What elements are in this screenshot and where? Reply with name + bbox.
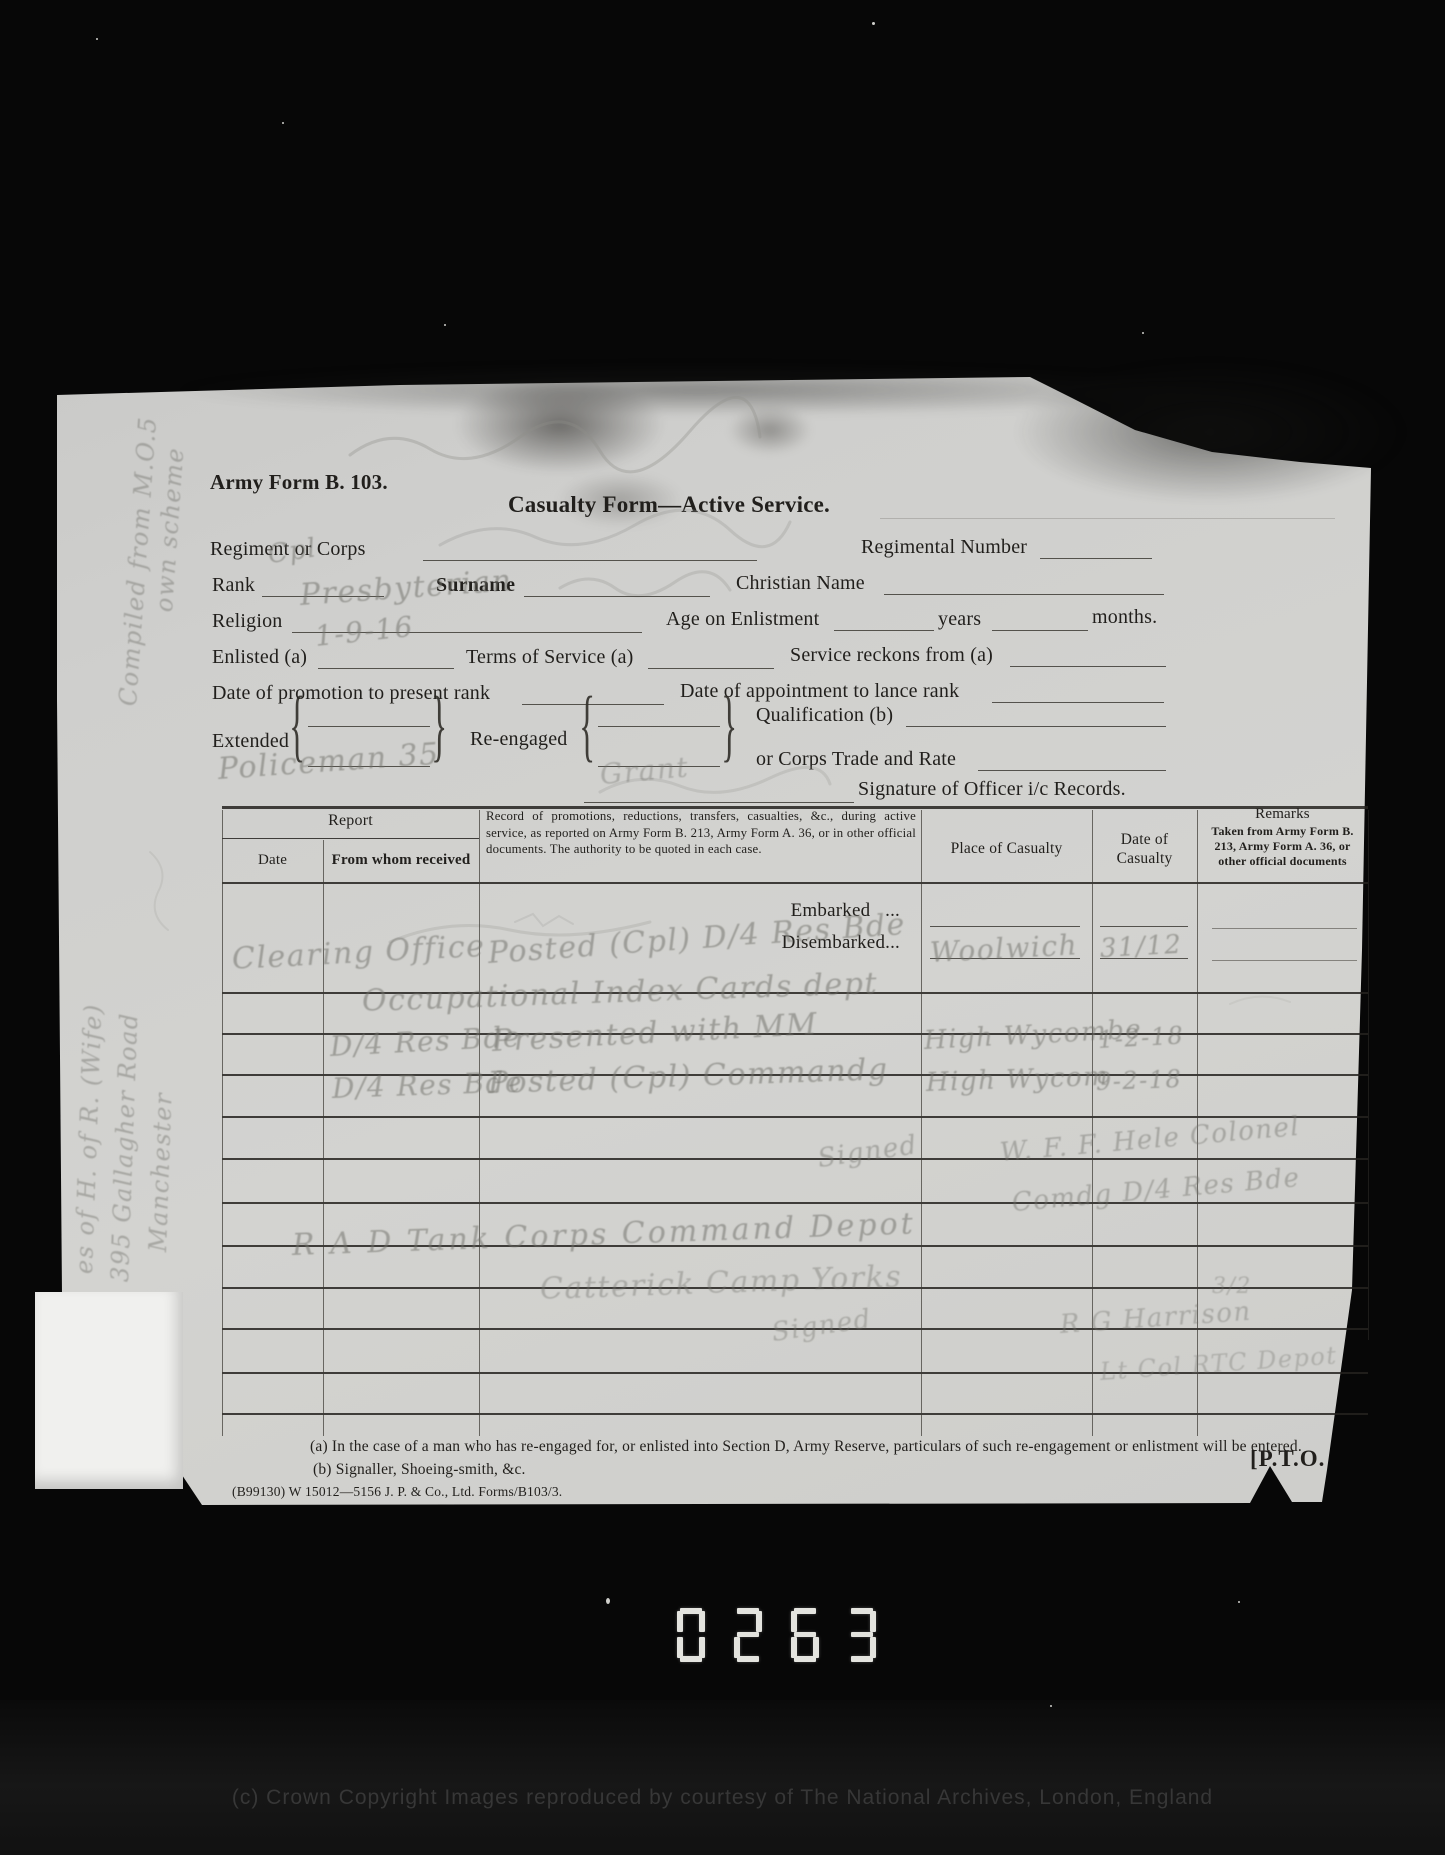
copyright-line: (c) Crown Copyright Images reproduced by… bbox=[0, 1786, 1445, 1810]
handwriting-note: Catterick Camp Yorks bbox=[539, 1259, 902, 1307]
table-column-rule bbox=[222, 810, 223, 1436]
white-card bbox=[35, 1292, 183, 1489]
handwriting-note: Posted (Cpl) Commandg bbox=[487, 1052, 889, 1101]
handwriting-note: 3/2 bbox=[1212, 1274, 1252, 1299]
table-header-date: Date bbox=[222, 852, 323, 869]
table-header-from-whom: From whom received bbox=[323, 852, 479, 869]
field-label-religion: Religion bbox=[212, 610, 283, 633]
field-underline bbox=[423, 560, 757, 561]
brace-close-reengaged: } bbox=[721, 687, 737, 768]
table-column-rule bbox=[1368, 810, 1369, 1340]
counter-digit bbox=[848, 1608, 876, 1662]
table-rule bbox=[222, 806, 1368, 809]
dust-speck bbox=[1142, 332, 1144, 334]
segment-g bbox=[737, 1632, 759, 1637]
handwriting-note: R A D Tank Corps Command Depot bbox=[291, 1206, 916, 1263]
handwriting-note: Woolwich bbox=[929, 928, 1079, 969]
handwriting-note: Presbyterian bbox=[299, 563, 514, 613]
handwriting-note: 31/12 bbox=[1099, 930, 1183, 964]
handwriting-note: Manchester bbox=[144, 1092, 178, 1253]
field-label-terms: Terms of Service (a) bbox=[466, 646, 634, 669]
segment-b bbox=[870, 1611, 876, 1632]
field-underline bbox=[1100, 926, 1188, 927]
footnote-b: (b) Signaller, Shoeing-smith, &c. bbox=[313, 1461, 526, 1479]
field-label-service-reckons: Service reckons from (a) bbox=[790, 644, 993, 667]
handwriting-note: High Wycom bbox=[925, 1062, 1109, 1098]
segment-f bbox=[677, 1611, 683, 1632]
brace-open-reengaged: { bbox=[579, 687, 595, 768]
table-rule bbox=[222, 838, 479, 839]
handwriting-note: 1-9-16 bbox=[313, 610, 415, 653]
table-header-place: Place of Casualty bbox=[921, 840, 1092, 858]
dust-speck bbox=[872, 22, 875, 25]
field-underline bbox=[992, 630, 1088, 631]
field-underline bbox=[906, 726, 1166, 727]
field-label-signature: Signature of Officer i/c Records. bbox=[858, 778, 1126, 801]
field-label-qualification: Qualification (b) bbox=[756, 704, 893, 727]
handwriting-note: R G Harrison bbox=[1059, 1297, 1253, 1340]
handwriting-note: Lt Col RTC Depot bbox=[1099, 1341, 1338, 1386]
segment-c bbox=[813, 1637, 819, 1658]
bottom-band bbox=[0, 1700, 1445, 1855]
dust-speck bbox=[96, 38, 98, 40]
field-underline bbox=[992, 702, 1164, 703]
handwriting-note: 395 Gallagher Road bbox=[106, 1012, 143, 1283]
handwriting-note: Clearing Office bbox=[231, 929, 486, 977]
field-underline bbox=[318, 668, 454, 669]
segment-b bbox=[699, 1611, 705, 1632]
field-label-months: months. bbox=[1092, 606, 1157, 629]
segment-d bbox=[680, 1656, 702, 1662]
segment-b bbox=[756, 1611, 762, 1632]
table-header-report: Report bbox=[222, 812, 479, 830]
table-column-rule bbox=[921, 810, 922, 1436]
field-label-christian-name: Christian Name bbox=[736, 572, 865, 595]
scan-canvas: Army Form B. 103. Casualty Form—Active S… bbox=[0, 0, 1445, 1855]
field-label-date-promotion: Date of promotion to present rank bbox=[212, 682, 490, 705]
table-header-remarks-sub: Taken from Army Form B. 213, Army Form A… bbox=[1202, 824, 1363, 869]
handwriting-note: es of H. of R. (Wife) bbox=[70, 1003, 107, 1275]
field-underline bbox=[880, 518, 1335, 519]
pto-label: [P.T.O. bbox=[1250, 1446, 1325, 1472]
dust-speck bbox=[606, 1598, 610, 1604]
dust-speck bbox=[1238, 1601, 1240, 1603]
handwriting-note: Comdg D/4 Res Bde bbox=[1011, 1163, 1302, 1218]
field-underline bbox=[1010, 666, 1166, 667]
printer-imprint: (B99130) W 15012—5156 J. P. & Co., Ltd. … bbox=[232, 1484, 562, 1500]
table-column-rule bbox=[323, 840, 324, 1436]
field-underline bbox=[598, 726, 720, 727]
field-underline bbox=[978, 770, 1166, 771]
handwriting-note: Cpl bbox=[266, 533, 319, 570]
field-underline bbox=[930, 926, 1080, 927]
handwriting-note: Grant bbox=[599, 750, 691, 791]
segment-f bbox=[791, 1611, 797, 1632]
field-underline bbox=[584, 802, 854, 803]
handwriting-note: Posted (Cpl) D/4 Res Bde bbox=[487, 907, 907, 971]
segment-a bbox=[794, 1608, 816, 1614]
handwriting-note: Signed bbox=[816, 1130, 920, 1174]
field-label-age: Age on Enlistment bbox=[666, 608, 819, 631]
segment-d bbox=[737, 1656, 759, 1662]
counter-digit bbox=[791, 1608, 819, 1662]
form-title: Casualty Form—Active Service. bbox=[508, 492, 830, 518]
field-underline bbox=[522, 704, 664, 705]
handwriting-note: 1-2-18 bbox=[1097, 1022, 1185, 1054]
field-underline bbox=[834, 630, 934, 631]
counter-digit bbox=[677, 1608, 705, 1662]
field-label-regimental-number: Regimental Number bbox=[861, 536, 1027, 559]
field-label-corps-trade: or Corps Trade and Rate bbox=[756, 748, 956, 771]
field-label-enlisted: Enlisted (a) bbox=[212, 646, 307, 669]
field-underline bbox=[648, 668, 774, 669]
field-underline bbox=[884, 594, 1164, 595]
field-label-years: years bbox=[938, 608, 981, 631]
handwriting-note: 9-2-18 bbox=[1096, 1065, 1183, 1096]
dust-speck bbox=[1050, 1705, 1052, 1707]
field-underline bbox=[308, 726, 430, 727]
field-underline bbox=[1212, 928, 1357, 929]
segment-d bbox=[851, 1656, 873, 1662]
field-underline bbox=[1040, 558, 1152, 559]
table-header-record: Record of promotions, reductions, transf… bbox=[486, 808, 916, 858]
footnote-a: (a) In the case of a man who has re-enga… bbox=[310, 1438, 1302, 1456]
segment-c bbox=[870, 1637, 876, 1658]
table-column-rule bbox=[1092, 810, 1093, 1436]
field-underline bbox=[1212, 960, 1357, 961]
field-label-rank: Rank bbox=[212, 574, 255, 597]
counter-digit bbox=[734, 1608, 762, 1662]
segment-e bbox=[791, 1637, 797, 1658]
segment-c bbox=[699, 1637, 705, 1658]
segment-e bbox=[677, 1637, 683, 1658]
handwriting-note: W. F. F. Hele Colonel bbox=[999, 1112, 1302, 1168]
handwriting-note: Presented with MM bbox=[491, 1007, 819, 1059]
table-header-date-of-casualty: Date of Casualty bbox=[1094, 830, 1195, 869]
dust-speck bbox=[444, 324, 446, 326]
handwriting-note: Signed bbox=[770, 1304, 874, 1348]
form-number: Army Form B. 103. bbox=[210, 470, 388, 495]
form-overlay: Army Form B. 103. Casualty Form—Active S… bbox=[0, 0, 1445, 1855]
segment-e bbox=[734, 1637, 740, 1658]
field-label-re-engaged: Re-engaged bbox=[470, 728, 568, 751]
field-underline bbox=[524, 596, 710, 597]
dust-speck bbox=[282, 122, 284, 124]
table-column-rule bbox=[479, 810, 480, 1436]
